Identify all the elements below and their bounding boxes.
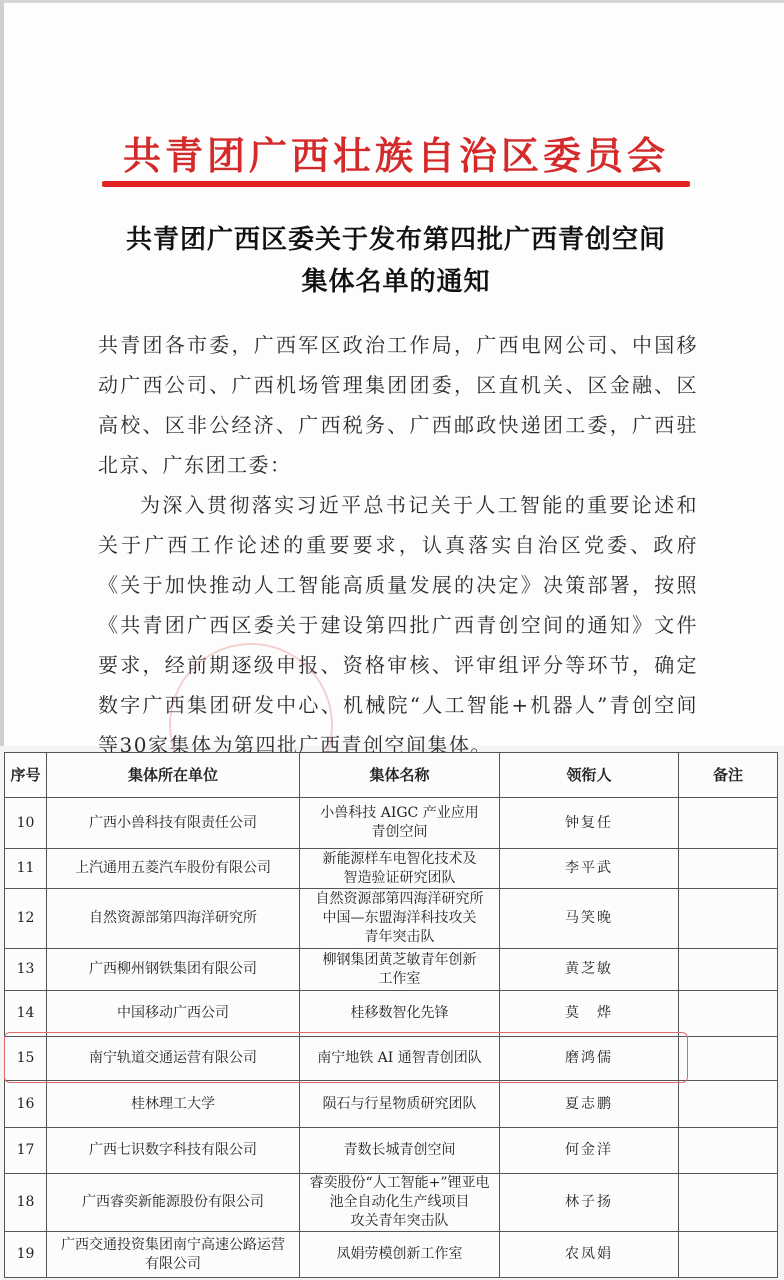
notice-document-page: 共青团广西壮族自治区委员会 共青团广西区委关于发布第四批广西青创空间 集体名单的… — [0, 0, 784, 746]
table-row: 10 广西小兽科技有限责任公司 小兽科技 AIGC 产业应用 青创空间 钟复任 — [5, 798, 778, 849]
document-title-line-2: 集体名单的通知 — [4, 261, 784, 303]
roster-table: 序号 集体所在单位 集体名称 领衔人 备注 10 广西小兽科技有限责任公司 小兽… — [4, 752, 778, 1278]
cell-unit: 广西睿奕新能源股份有限公司 — [47, 1174, 300, 1232]
table-row-highlighted: 15 南宁轨道交通运营有限公司 南宁地铁 AI 通智青创团队 磨鸿儒 — [5, 1037, 778, 1081]
table-row: 11 上汽通用五菱汽车股份有限公司 新能源样车电智化技术及 智造验证研究团队 李… — [5, 849, 778, 889]
cell-unit: 广西柳州钢铁集团有限公司 — [47, 949, 300, 991]
cell-note — [679, 1128, 778, 1174]
addressees-paragraph: 共青团各市委，广西军区政治工作局，广西电网公司、中国移动广西公司、广西机场管理集… — [98, 325, 698, 485]
body-paragraph: 为深入贯彻落实习近平总书记关于人工智能的重要论述和关于广西工作论述的重要要求，认… — [98, 485, 698, 765]
cell-name-line: 睿奕股份“人工智能+”锂亚电 — [304, 1174, 495, 1193]
table-row: 13 广西柳州钢铁集团有限公司 柳钢集团黄芝敏青年创新 工作室 黄芝敏 — [5, 949, 778, 991]
cell-no: 10 — [5, 798, 47, 849]
table-row: 17 广西七识数字科技有限公司 青数长城青创空间 何金洋 — [5, 1128, 778, 1174]
cell-leader: 何金洋 — [500, 1128, 679, 1174]
header-leader: 领衔人 — [500, 753, 679, 798]
table-row: 14 中国移动广西公司 桂移数智化先锋 莫 烨 — [5, 991, 778, 1037]
cell-note — [679, 991, 778, 1037]
cell-note — [679, 889, 778, 949]
cell-name-line: 智造验证研究团队 — [304, 869, 495, 888]
table-header-row: 序号 集体所在单位 集体名称 领衔人 备注 — [5, 753, 778, 798]
cell-unit: 桂林理工大学 — [47, 1081, 300, 1128]
cell-unit: 广西交通投资集团南宁高速公路运营 有限公司 — [47, 1232, 300, 1278]
letterhead-title: 共青团广西壮族自治区委员会 — [4, 125, 784, 180]
cell-leader: 黄芝敏 — [500, 949, 679, 991]
cell-name-line: 柳钢集团黄芝敏青年创新 — [304, 951, 495, 970]
cell-unit: 上汽通用五菱汽车股份有限公司 — [47, 849, 300, 889]
cell-unit: 广西小兽科技有限责任公司 — [47, 798, 300, 849]
cell-name-line: 自然资源部第四海洋研究所 — [304, 890, 495, 909]
cell-leader: 林子扬 — [500, 1174, 679, 1232]
cell-unit: 广西七识数字科技有限公司 — [47, 1128, 300, 1174]
cell-no: 15 — [5, 1037, 47, 1081]
cell-note — [679, 849, 778, 889]
cell-name: 新能源样车电智化技术及 智造验证研究团队 — [300, 849, 500, 889]
document-title: 共青团广西区委关于发布第四批广西青创空间 集体名单的通知 — [4, 219, 784, 303]
cell-leader: 马笑晚 — [500, 889, 679, 949]
cell-name: 陨石与行星物质研究团队 — [300, 1081, 500, 1128]
cell-name-line: 中国—东盟海洋科技攻关 — [304, 909, 495, 928]
cell-unit: 中国移动广西公司 — [47, 991, 300, 1037]
document-title-line-1: 共青团广西区委关于发布第四批广西青创空间 — [4, 219, 784, 261]
cell-name: 桂移数智化先锋 — [300, 991, 500, 1037]
cell-leader: 农凤娟 — [500, 1232, 679, 1278]
cell-name-line: 青创空间 — [304, 823, 495, 842]
cell-name-line: 工作室 — [304, 970, 495, 989]
cell-name-line: 青年突击队 — [304, 928, 495, 947]
cell-note — [679, 1081, 778, 1128]
cell-name-line: 新能源样车电智化技术及 — [304, 850, 495, 869]
cell-no: 14 — [5, 991, 47, 1037]
cell-note — [679, 1174, 778, 1232]
cell-no: 16 — [5, 1081, 47, 1128]
cell-leader: 莫 烨 — [500, 991, 679, 1037]
cell-name: 睿奕股份“人工智能+”锂亚电 池全自动化生产线项目 攻关青年突击队 — [300, 1174, 500, 1232]
cell-leader: 夏志鹏 — [500, 1081, 679, 1128]
cell-no: 12 — [5, 889, 47, 949]
cell-name: 青数长城青创空间 — [300, 1128, 500, 1174]
cell-no: 17 — [5, 1128, 47, 1174]
table-row: 12 自然资源部第四海洋研究所 自然资源部第四海洋研究所 中国—东盟海洋科技攻关… — [5, 889, 778, 949]
cell-name: 南宁地铁 AI 通智青创团队 — [300, 1037, 500, 1081]
cell-name-line: 攻关青年突击队 — [304, 1212, 495, 1231]
cell-name: 自然资源部第四海洋研究所 中国—东盟海洋科技攻关 青年突击队 — [300, 889, 500, 949]
table-row: 18 广西睿奕新能源股份有限公司 睿奕股份“人工智能+”锂亚电 池全自动化生产线… — [5, 1174, 778, 1232]
cell-name-line: 小兽科技 AIGC 产业应用 — [304, 804, 495, 823]
header-note: 备注 — [679, 753, 778, 798]
table-row: 16 桂林理工大学 陨石与行星物质研究团队 夏志鹏 — [5, 1081, 778, 1128]
table-row: 19 广西交通投资集团南宁高速公路运营 有限公司 凤娟劳模创新工作室 农凤娟 — [5, 1232, 778, 1278]
cell-name: 柳钢集团黄芝敏青年创新 工作室 — [300, 949, 500, 991]
cell-no: 11 — [5, 849, 47, 889]
cell-note — [679, 949, 778, 991]
cell-note — [679, 798, 778, 849]
cell-unit-line: 广西交通投资集团南宁高速公路运营 — [51, 1236, 295, 1255]
cell-unit: 自然资源部第四海洋研究所 — [47, 889, 300, 949]
document-body: 共青团各市委，广西军区政治工作局，广西电网公司、中国移动广西公司、广西机场管理集… — [98, 325, 698, 765]
cell-name: 小兽科技 AIGC 产业应用 青创空间 — [300, 798, 500, 849]
cell-leader: 磨鸿儒 — [500, 1037, 679, 1081]
cell-unit: 南宁轨道交通运营有限公司 — [47, 1037, 300, 1081]
header-name: 集体名称 — [300, 753, 500, 798]
header-unit: 集体所在单位 — [47, 753, 300, 798]
cell-note — [679, 1037, 778, 1081]
cell-name: 凤娟劳模创新工作室 — [300, 1232, 500, 1278]
cell-leader: 钟复任 — [500, 798, 679, 849]
letterhead-red-rule — [102, 181, 690, 187]
cell-unit-line: 有限公司 — [51, 1255, 295, 1274]
header-no: 序号 — [5, 753, 47, 798]
cell-note — [679, 1232, 778, 1278]
cell-no: 13 — [5, 949, 47, 991]
cell-name-line: 池全自动化生产线项目 — [304, 1193, 495, 1212]
cell-leader: 李平武 — [500, 849, 679, 889]
cell-no: 19 — [5, 1232, 47, 1278]
cell-no: 18 — [5, 1174, 47, 1232]
roster-table-container: 序号 集体所在单位 集体名称 领衔人 备注 10 广西小兽科技有限责任公司 小兽… — [4, 752, 777, 1278]
